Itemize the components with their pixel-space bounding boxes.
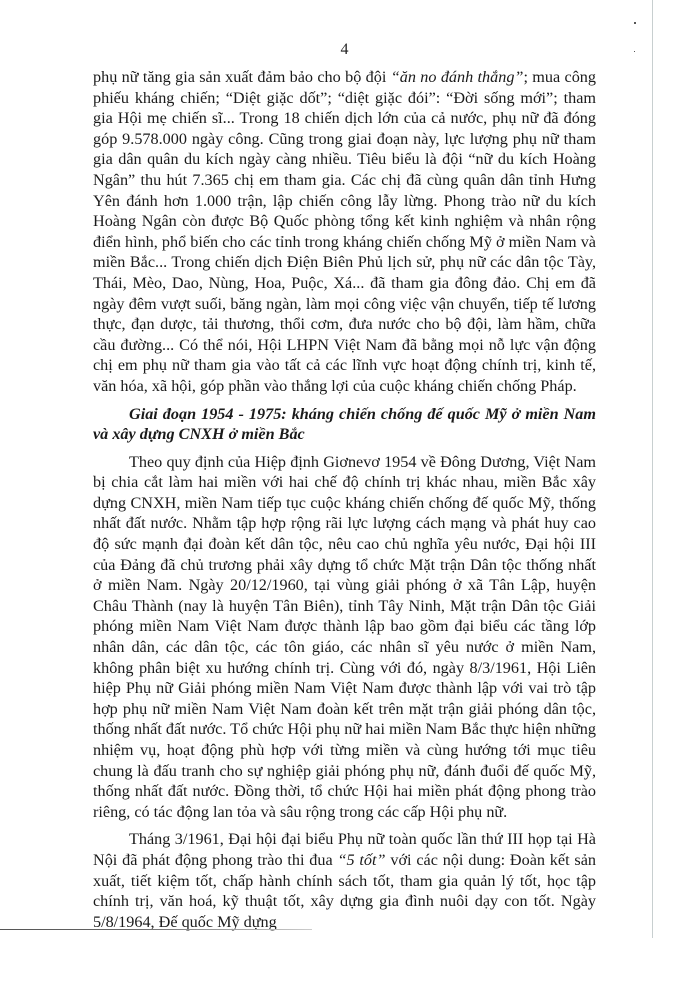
scan-speck: [634, 22, 636, 24]
document-body: phụ nữ tăng gia sản xuất đảm bảo cho bộ …: [93, 67, 596, 932]
quote-5-tot: “5 tốt”: [338, 851, 386, 869]
scan-margin-line: [652, 0, 653, 938]
paragraph-3: Tháng 3/1961, Đại hội đại biểu Phụ nữ to…: [93, 829, 596, 932]
scan-speck: [634, 51, 635, 52]
quote-an-no-danh-thang: “ăn no đánh thắng”: [391, 68, 524, 86]
footnote-separator-rule: [0, 929, 312, 930]
page-number: 4: [0, 41, 685, 59]
paragraph-1: phụ nữ tăng gia sản xuất đảm bảo cho bộ …: [93, 67, 596, 397]
section-heading: Giai đoạn 1954 - 1975: kháng chiến chống…: [93, 404, 596, 445]
paragraph-1-text-end: ; mua công phiếu kháng chiến; “Diệt giặc…: [93, 68, 596, 395]
paragraph-1-text-start: phụ nữ tăng gia sản xuất đảm bảo cho bộ …: [93, 68, 391, 86]
paragraph-2: Theo quy định của Hiệp định Giơnevơ 1954…: [93, 452, 596, 823]
